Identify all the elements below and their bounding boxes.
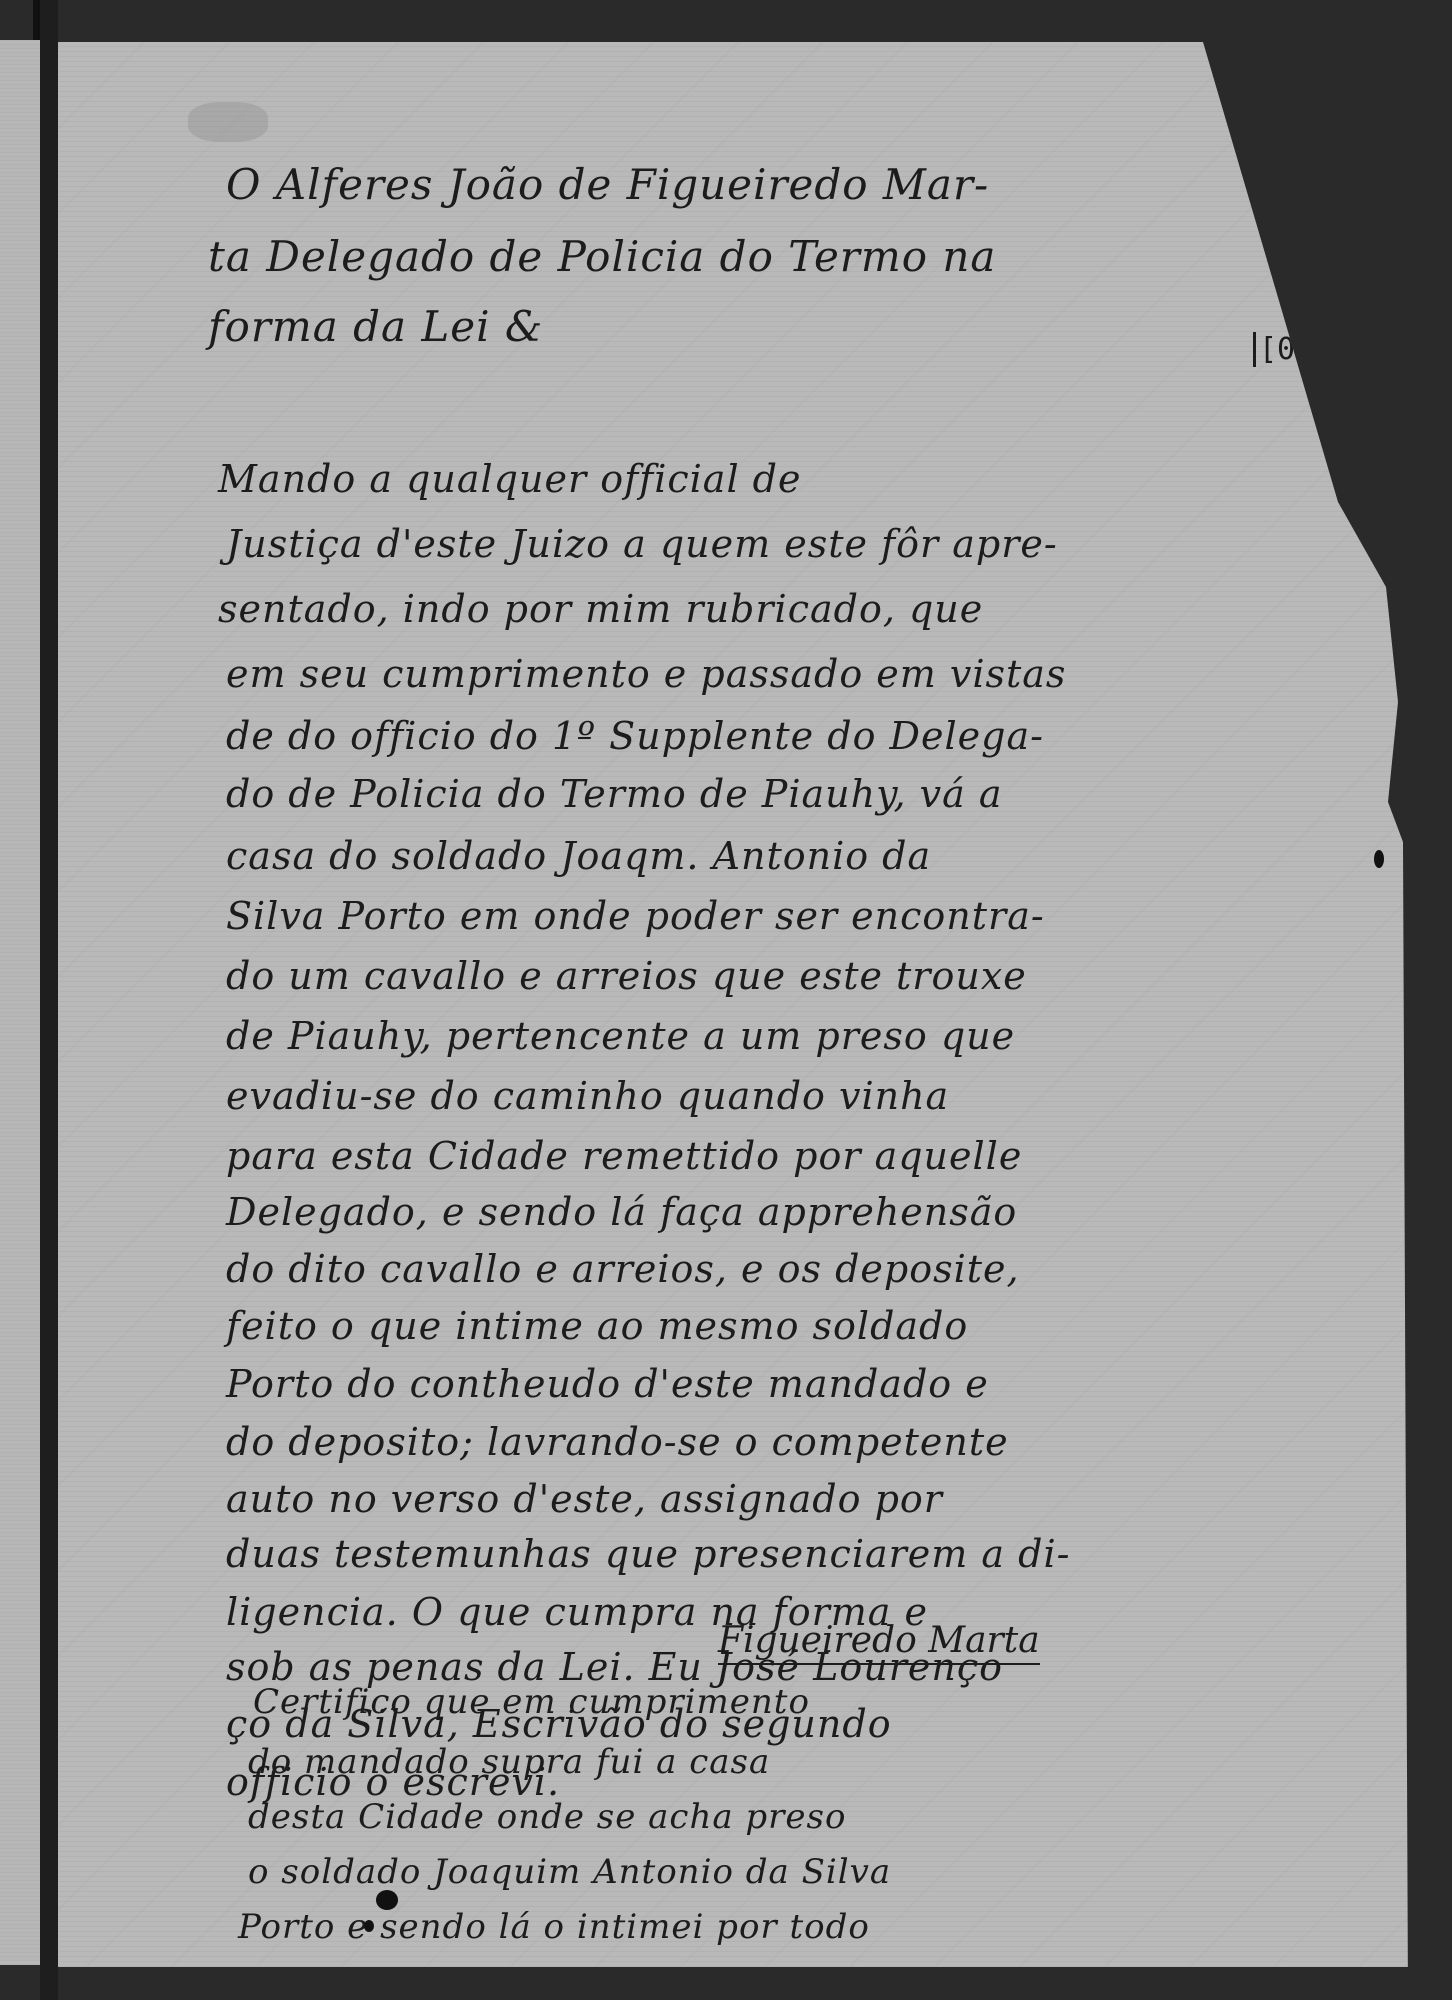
body-line: Delegado, e sendo lá faça apprehensão	[226, 1190, 1017, 1234]
body-line: do deposito; lavrando-se o competente	[226, 1420, 1009, 1464]
body-line: de Piauhy, pertencente a um preso que	[226, 1014, 1015, 1058]
body-line: sentado, indo por mim rubricado, que	[218, 587, 983, 631]
certificate-line: do mandado supra fui a casa	[248, 1742, 770, 1782]
ink-spot	[1374, 850, 1384, 868]
adjacent-page-edge	[0, 40, 40, 1965]
body-line: Porto do contheudo d'este mandado e	[226, 1362, 989, 1406]
ink-blot	[364, 1920, 374, 1932]
body-line: evadiu-se do caminho quando vinha	[226, 1074, 949, 1118]
certificate-line: o soldado Joaquim Antonio da Silva	[248, 1852, 891, 1892]
signature: Figueiredo Marta	[718, 1620, 1040, 1665]
page-gutter	[40, 0, 58, 2000]
heading-line: O Alferes João de Figueiredo Mar-	[226, 160, 989, 209]
certificate-line: Certifico que em cumprimento	[253, 1682, 810, 1722]
heading-line: ta Delegado de Policia do Termo na	[208, 232, 996, 281]
paper-stain	[188, 102, 268, 142]
body-line: auto no verso d'este, assignado por	[226, 1477, 943, 1521]
body-line: para esta Cidade remettido por aquelle	[226, 1134, 1022, 1178]
manuscript-page: O Alferes João de Figueiredo Mar- ta Del…	[58, 42, 1452, 1967]
body-line: Mando a qualquer official de	[218, 457, 802, 501]
body-line: feito o que intime ao mesmo soldado	[226, 1304, 968, 1348]
body-line: do dito cavallo e arreios, e os deposite…	[226, 1247, 1020, 1291]
body-line: Silva Porto em onde poder ser encontra-	[226, 894, 1045, 938]
body-line: casa do soldado Joaqm. Antonio da	[226, 834, 931, 878]
body-line: em seu cumprimento e passado em vistas	[226, 652, 1066, 696]
certificate-line: Porto e sendo lá o intimei por todo	[238, 1907, 870, 1947]
body-line: do um cavallo e arreios que este trouxe	[226, 954, 1027, 998]
ink-blot	[376, 1890, 398, 1910]
body-line: de do officio do 1º Supplente do Delega-	[226, 714, 1044, 758]
certificate-line: desta Cidade onde se acha preso	[248, 1797, 846, 1837]
folio-number: [04]	[1253, 332, 1337, 367]
body-line: duas testemunhas que presenciarem a di-	[226, 1532, 1070, 1576]
body-line: Justiça d'este Juizo a quem este fôr apr…	[226, 522, 1058, 566]
body-line: do de Policia do Termo de Piauhy, vá a	[226, 772, 1003, 816]
heading-line: forma da Lei &	[208, 302, 543, 351]
